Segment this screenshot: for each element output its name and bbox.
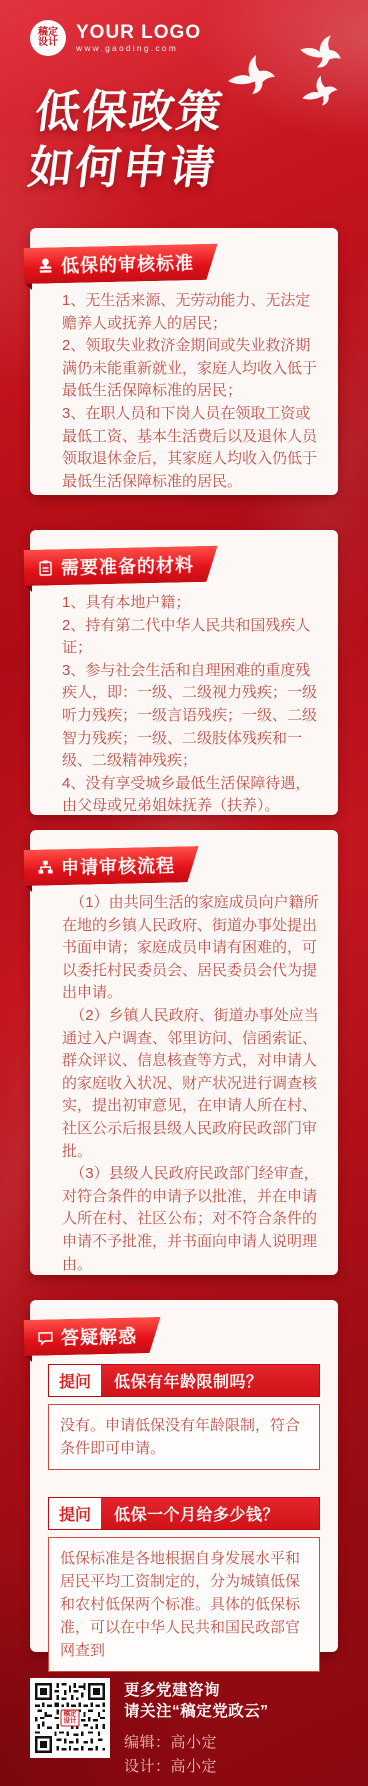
- section-title: 需要准备的材料: [61, 551, 195, 580]
- poster-title-line1: 低保政策: [32, 84, 227, 140]
- qr-code: 稿定 设计: [30, 1678, 110, 1758]
- paragraph: 3、参与社会生活和自理困难的重度残疾人，即：一级、二级视力残疾；一级听力残疾；一…: [62, 660, 322, 773]
- ribbon-fold: [24, 1355, 32, 1362]
- section-header-application-process: 申请审核流程: [24, 846, 200, 886]
- section-application-process: 申请审核流程 （1）由共同生活的家庭成员向户籍所在地的乡镇人民政府、街道办事处提…: [30, 830, 338, 1275]
- section-title: 申请审核流程: [61, 852, 176, 881]
- paragraph: （3）县级人民政府民政部门经审查，对符合条件的申请予以批准，并在申请人所在村、社…: [62, 1163, 322, 1276]
- qa-question-bar: 提问 低保一个月给多少钱？: [48, 1497, 320, 1530]
- paragraph: 1、具有本地户籍；: [62, 592, 322, 615]
- brand-name: YOUR LOGO: [76, 23, 201, 44]
- section-body: （1）由共同生活的家庭成员向户籍所在地的乡镇人民政府、街道办事处提出书面申请；家…: [30, 830, 338, 1276]
- qa-question-text: 低保有年龄限制吗？: [101, 1365, 263, 1396]
- paragraph: （1）由共同生活的家庭成员向户籍所在地的乡镇人民政府、街道办事处提出书面申请；家…: [62, 892, 322, 1005]
- qa-question-label: 提问: [49, 1498, 101, 1529]
- qr-center-line2: 设计: [64, 1718, 77, 1725]
- paragraph: （2）乡镇人民政府、街道办事处应当通过入户调查、邻里访问、信函索证、群众评议、信…: [62, 1005, 322, 1163]
- section-header-questions-answers: 答疑解惑: [24, 1317, 162, 1356]
- qa-question-label: 提问: [49, 1365, 101, 1396]
- logo-text-line2: 设计: [38, 38, 58, 49]
- section-questions-answers: 答疑解惑 提问 低保有年龄限制吗？ 没有。申请低保没有年龄限制，符合条件即可申请…: [30, 1300, 338, 1652]
- paragraph: 3、在职人员和下岗人员在领取工资或最低工资、基本生活费后以及退休人员领取退休金后…: [62, 403, 322, 493]
- section-title: 低保的审核标准: [61, 249, 195, 278]
- footer: 稿定 设计 更多党建咨询 请关注“稿定党政云” 编辑：高小定 设计：高小定: [30, 1678, 342, 1777]
- qa-question-text: 低保一个月给多少钱？: [101, 1498, 279, 1529]
- footer-line2: 请关注“稿定党政云”: [124, 1701, 269, 1722]
- section-header-review-standards: 低保的审核标准: [24, 244, 219, 284]
- paragraph: 2、持有第二代中华人民共和国残疾人证；: [62, 615, 322, 660]
- footer-designer: 设计：高小定: [124, 1756, 269, 1777]
- section-review-standards: 低保的审核标准 1、无生活来源、无劳动能力、无法定赡养人或抚养人的居民； 2、领…: [30, 228, 338, 495]
- section-required-materials: 需要准备的材料 1、具有本地户籍； 2、持有第二代中华人民共和国残疾人证； 3、…: [30, 530, 338, 815]
- footer-text-block: 更多党建咨询 请关注“稿定党政云” 编辑：高小定 设计：高小定: [124, 1678, 269, 1777]
- chat-icon: [37, 1329, 54, 1346]
- poster-title: 低保政策 如何申请: [25, 84, 227, 196]
- brand-block: YOUR LOGO www.gaoding.com: [76, 23, 201, 54]
- paragraph: 1、无生活来源、无劳动能力、无法定赡养人或抚养人的居民；: [62, 290, 322, 335]
- brand-url: www.gaoding.com: [76, 43, 201, 53]
- section-title: 答疑解惑: [61, 1322, 138, 1350]
- qa-question-bar: 提问 低保有年龄限制吗？: [48, 1364, 320, 1397]
- qa-answer-box: 没有。申请低保没有年龄限制，符合条件即可申请。: [48, 1404, 320, 1470]
- flow-icon: [37, 859, 54, 876]
- paragraph: 2、领取失业救济金期间或失业救济期满仍未能重新就业，家庭人均收入低于最低生活保障…: [62, 335, 322, 403]
- poster-title-line2: 如何申请: [25, 140, 220, 196]
- stamp-icon: [37, 257, 54, 274]
- footer-line1: 更多党建咨询: [124, 1680, 269, 1701]
- logo-row: 稿定 设计 YOUR LOGO www.gaoding.com: [30, 20, 201, 56]
- qr-center-label: 稿定 设计: [61, 1710, 80, 1727]
- qa-list: 提问 低保有年龄限制吗？ 没有。申请低保没有年龄限制，符合条件即可申请。 提问 …: [30, 1300, 338, 1672]
- footer-editor: 编辑：高小定: [124, 1732, 269, 1753]
- qa-answer-box: 低保标准是各地根据自身发展水平和居民平均工资制定的，分为城镇低保和农村低保两个标…: [48, 1537, 320, 1672]
- gaoding-logo-icon: 稿定 设计: [30, 20, 66, 56]
- paragraph: 4、没有享受城乡最低生活保障待遇，由父母或兄弟姐妹抚养（扶养）。: [62, 773, 322, 818]
- section-header-required-materials: 需要准备的材料: [24, 546, 219, 586]
- clipboard-icon: [37, 559, 54, 576]
